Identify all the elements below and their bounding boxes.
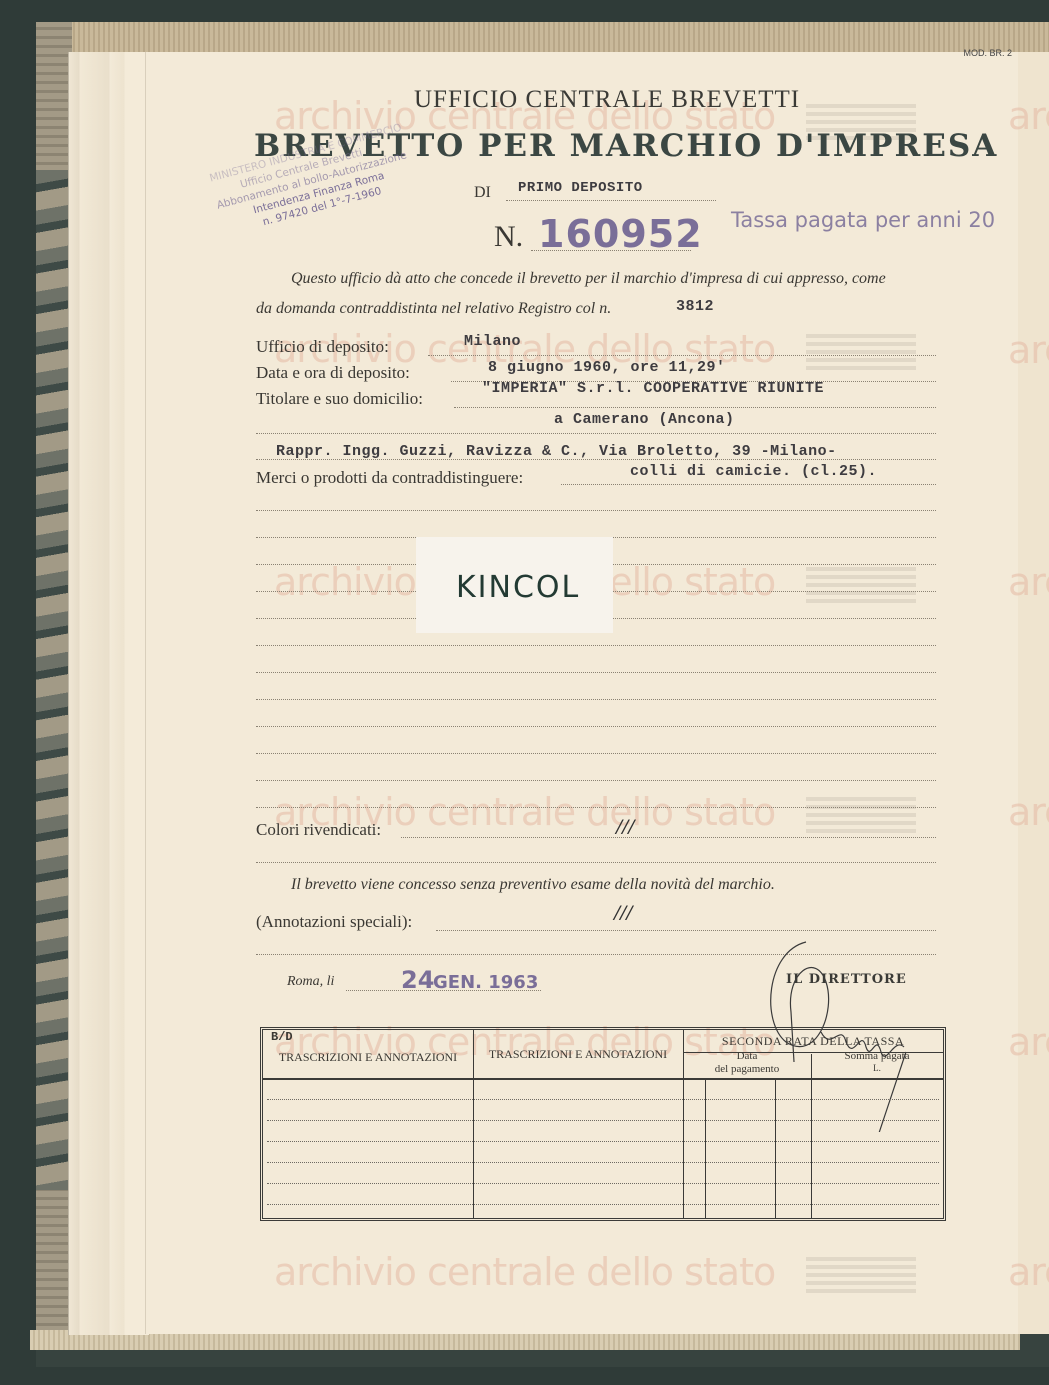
annotazioni-value: /// [614, 900, 632, 926]
data-value: 8 giugno 1960, ore 11,29' [488, 359, 726, 376]
dotted-line [256, 645, 936, 646]
titolare-value: "IMPERIA" S.r.l. COOPERATIVE RIUNITE [482, 380, 824, 397]
page-stack-edges [68, 52, 149, 1335]
merci-value: colli di camicie. (cl.25). [630, 463, 877, 480]
dotted-line [256, 510, 936, 511]
registro-number: 3812 [676, 298, 714, 315]
novelty-note: Il brevetto viene concesso senza prevent… [291, 876, 775, 894]
dotted-line [256, 807, 936, 808]
titolare-label: Titolare e suo domicilio: [256, 389, 423, 409]
tax-paid-stamp: Tassa pagata per anni 20 [731, 208, 995, 232]
watermark-partial: arc [1008, 560, 1049, 604]
intro-line-1: Questo ufficio dà atto che concede il br… [291, 270, 886, 288]
ufficio-value: Milano [464, 333, 521, 350]
subheader-date-1: Data [683, 1050, 811, 1062]
trademark-label: KINCOL [416, 537, 613, 633]
table-row-line [267, 1120, 939, 1121]
number-label: N. [494, 220, 523, 254]
table-row-line [267, 1099, 939, 1100]
dotted-line [436, 930, 936, 931]
dotted-line [506, 200, 716, 201]
office-title: UFFICIO CENTRALE BREVETTI [414, 86, 800, 114]
watermark-partial: arc [1008, 94, 1049, 138]
merci-label: Merci o prodotti da contraddistinguere: [256, 468, 523, 488]
data-label: Data e ora di deposito: [256, 363, 410, 383]
di-label: DI [474, 184, 491, 202]
watermark-partial: arc [1008, 1020, 1049, 1064]
table-row-line [267, 1204, 939, 1205]
date-stamp-day: 24 [401, 966, 434, 994]
dotted-line [256, 433, 936, 434]
dotted-line [256, 726, 936, 727]
dotted-line [561, 484, 936, 485]
dotted-line [428, 355, 936, 356]
column-header-2: TRASCRIZIONI E ANNOTAZIONI [473, 1047, 683, 1062]
next-page-edge [1017, 52, 1049, 1334]
binding-cloth-top [40, 22, 1049, 52]
dotted-line [401, 837, 936, 838]
subheader-amount-1: Somma pagata [811, 1050, 943, 1062]
form-code: MOD. BR. 2 [963, 48, 1012, 58]
dotted-line [256, 672, 936, 673]
table-mark: B/D [271, 1030, 293, 1044]
watermark-barcode [806, 797, 916, 833]
watermark-barcode [806, 567, 916, 603]
watermark-barcode [806, 334, 916, 370]
column-group-header: SECONDA RATA DELLA TASSA [683, 1034, 943, 1049]
table-row-line [267, 1183, 939, 1184]
table-header-rule [263, 1078, 943, 1080]
subheader-date-2: del pagamento [683, 1063, 811, 1075]
dotted-line [256, 753, 936, 754]
patent-number: 160952 [538, 212, 703, 256]
trademark-text: KINCOL [456, 570, 580, 605]
annotazioni-label: (Annotazioni speciali): [256, 912, 412, 932]
watermark-partial: arc [1008, 1250, 1049, 1294]
date-stamp-rest: GEN. 1963 [433, 972, 538, 993]
dotted-line [256, 862, 936, 863]
colori-value: /// [616, 814, 634, 840]
column-header-1: TRASCRIZIONI E ANNOTAZIONI [263, 1050, 473, 1065]
colori-label: Colori rivendicati: [256, 820, 381, 840]
representative: Rappr. Ingg. Guzzi, Ravizza & C., Via Br… [276, 443, 837, 460]
annotations-table: B/D TRASCRIZIONI E ANNOTAZIONI TRASCRIZI… [260, 1027, 946, 1221]
titolare-city: a Camerano (Ancona) [554, 411, 735, 428]
binding-spine-pattern [36, 170, 72, 1190]
place-label: Roma, li [287, 974, 334, 990]
watermark: archivio centrale dello stato [274, 1250, 775, 1294]
table-row-line [267, 1141, 939, 1142]
deposit-type: PRIMO DEPOSITO [518, 180, 643, 196]
watermark-partial: arc [1008, 790, 1049, 834]
watermark-partial: arc [1008, 328, 1049, 372]
dotted-line [454, 407, 936, 408]
intro-line-2: da domanda contraddistinta nel relativo … [256, 300, 611, 318]
dotted-line [256, 699, 936, 700]
dotted-line [256, 780, 936, 781]
table-row-line [267, 1162, 939, 1163]
subheader-amount-2: L. [811, 1063, 943, 1073]
watermark-barcode [806, 1257, 916, 1293]
ufficio-label: Ufficio di deposito: [256, 337, 389, 357]
